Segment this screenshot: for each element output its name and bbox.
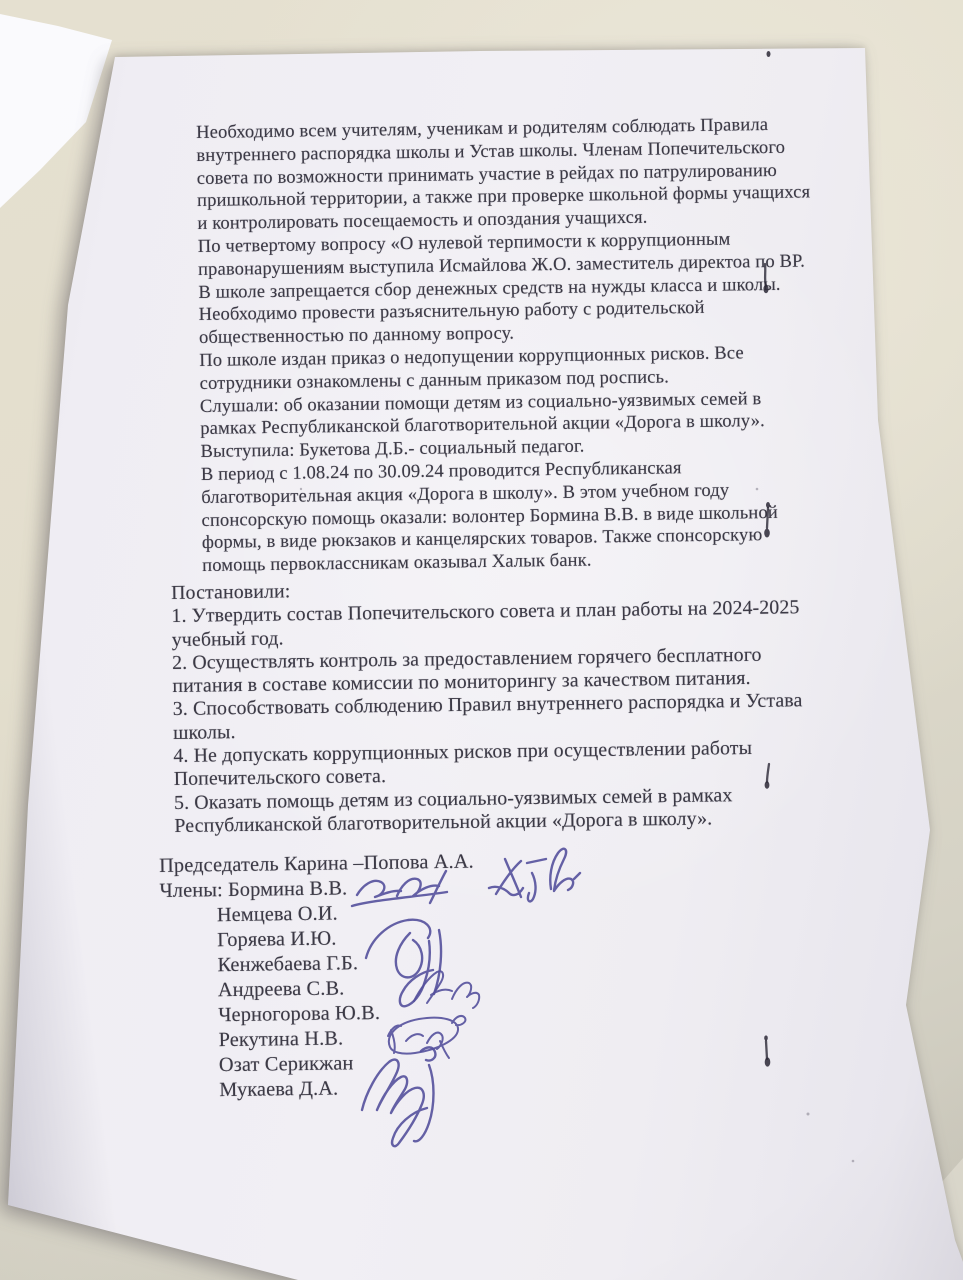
chairman-line: Председатель Карина –Попова А.А. bbox=[159, 850, 474, 879]
document-text: Необходимо всем учителям, ученикам и род… bbox=[0, 0, 963, 1280]
signatories-block: Председатель Карина –Попова А.А.Члены: Б… bbox=[159, 850, 477, 1104]
photo-of-document: Необходимо всем учителям, ученикам и род… bbox=[0, 0, 963, 1280]
resolutions-lines: 1. Утвердить состав Попечительского сове… bbox=[171, 597, 804, 839]
body-text-block: Необходимо всем учителям, ученикам и род… bbox=[196, 113, 816, 577]
resolutions-block: Постановили: 1. Утвердить состав Попечит… bbox=[171, 573, 804, 838]
member-line: Мукаева Д.А. bbox=[162, 1075, 477, 1104]
